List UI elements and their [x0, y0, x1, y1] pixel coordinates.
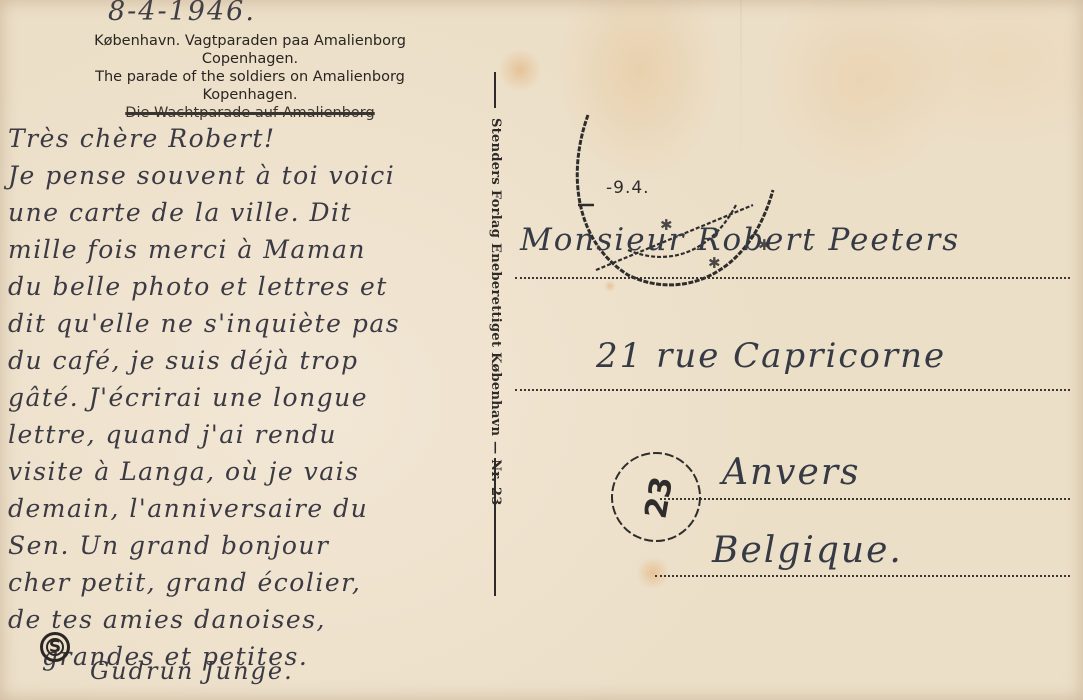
printed-caption: København. Vagtparaden paa Amalienborg C… — [30, 32, 470, 122]
caption-english: The parade of the soldiers on Amalienbor… — [30, 68, 470, 86]
address-city: Anvers — [722, 452, 861, 493]
publisher-logo-icon: S — [40, 632, 70, 662]
message-line: une carte de la ville. Dit — [8, 194, 508, 231]
address-dotted-line-1 — [515, 277, 1070, 279]
message-line: lettre, quand j'ai rendu — [8, 416, 508, 453]
postmark-date: -9.4. — [606, 178, 650, 198]
message-line: dit qu'elle ne s'inquiète pas — [8, 305, 508, 342]
address-dotted-line-3 — [660, 498, 1070, 500]
postcard-back: 8-4-1946. København. Vagtparaden paa Ama… — [0, 0, 1083, 700]
message-line: du belle photo et lettres et — [8, 268, 508, 305]
message-line: Sen. Un grand bonjour — [8, 527, 508, 564]
divider-line-top — [494, 72, 496, 108]
message-line: mille fois merci à Maman — [8, 231, 508, 268]
message-line: gâté. J'écrirai une longue — [8, 379, 508, 416]
address-dotted-line-4 — [655, 575, 1070, 577]
address-country: Belgique. — [712, 530, 903, 571]
caption-danish: København. Vagtparaden paa Amalienborg — [30, 32, 470, 50]
signature: Gudrun Junge. — [90, 657, 294, 685]
postmark-icon: ✱ ✱ ✱ — [568, 110, 778, 285]
circular-handstamp-icon: 23 — [609, 450, 703, 544]
address-dotted-line-2 — [515, 389, 1070, 391]
stain-spot — [636, 556, 670, 590]
handwritten-message: Très chère Robert! Je pense souvent à to… — [8, 120, 508, 675]
logo-letter: S — [49, 637, 61, 657]
message-line: du café, je suis déjà trop — [8, 342, 508, 379]
message-line: demain, l'anniversaire du — [8, 490, 508, 527]
caption-kopenhagen: Kopenhagen. — [30, 86, 470, 104]
caption-copenhagen: Copenhagen. — [30, 50, 470, 68]
message-line: Très chère Robert! — [8, 120, 508, 157]
svg-text:23: 23 — [639, 474, 681, 521]
message-line: Je pense souvent à toi voici — [8, 157, 508, 194]
address-recipient: Monsieur Robert Peeters — [520, 222, 960, 258]
message-line: visite à Langa, où je vais — [8, 453, 508, 490]
message-line: cher petit, grand écolier, — [8, 564, 508, 601]
postmark-graphic: ✱ ✱ ✱ — [568, 110, 778, 285]
address-street: 21 rue Capricorne — [596, 336, 946, 376]
handwritten-date: 8-4-1946. — [108, 0, 256, 27]
message-line: de tes amies danoises, — [8, 601, 508, 638]
handstamp-graphic: 23 — [609, 450, 703, 544]
stain-spot — [498, 48, 542, 92]
